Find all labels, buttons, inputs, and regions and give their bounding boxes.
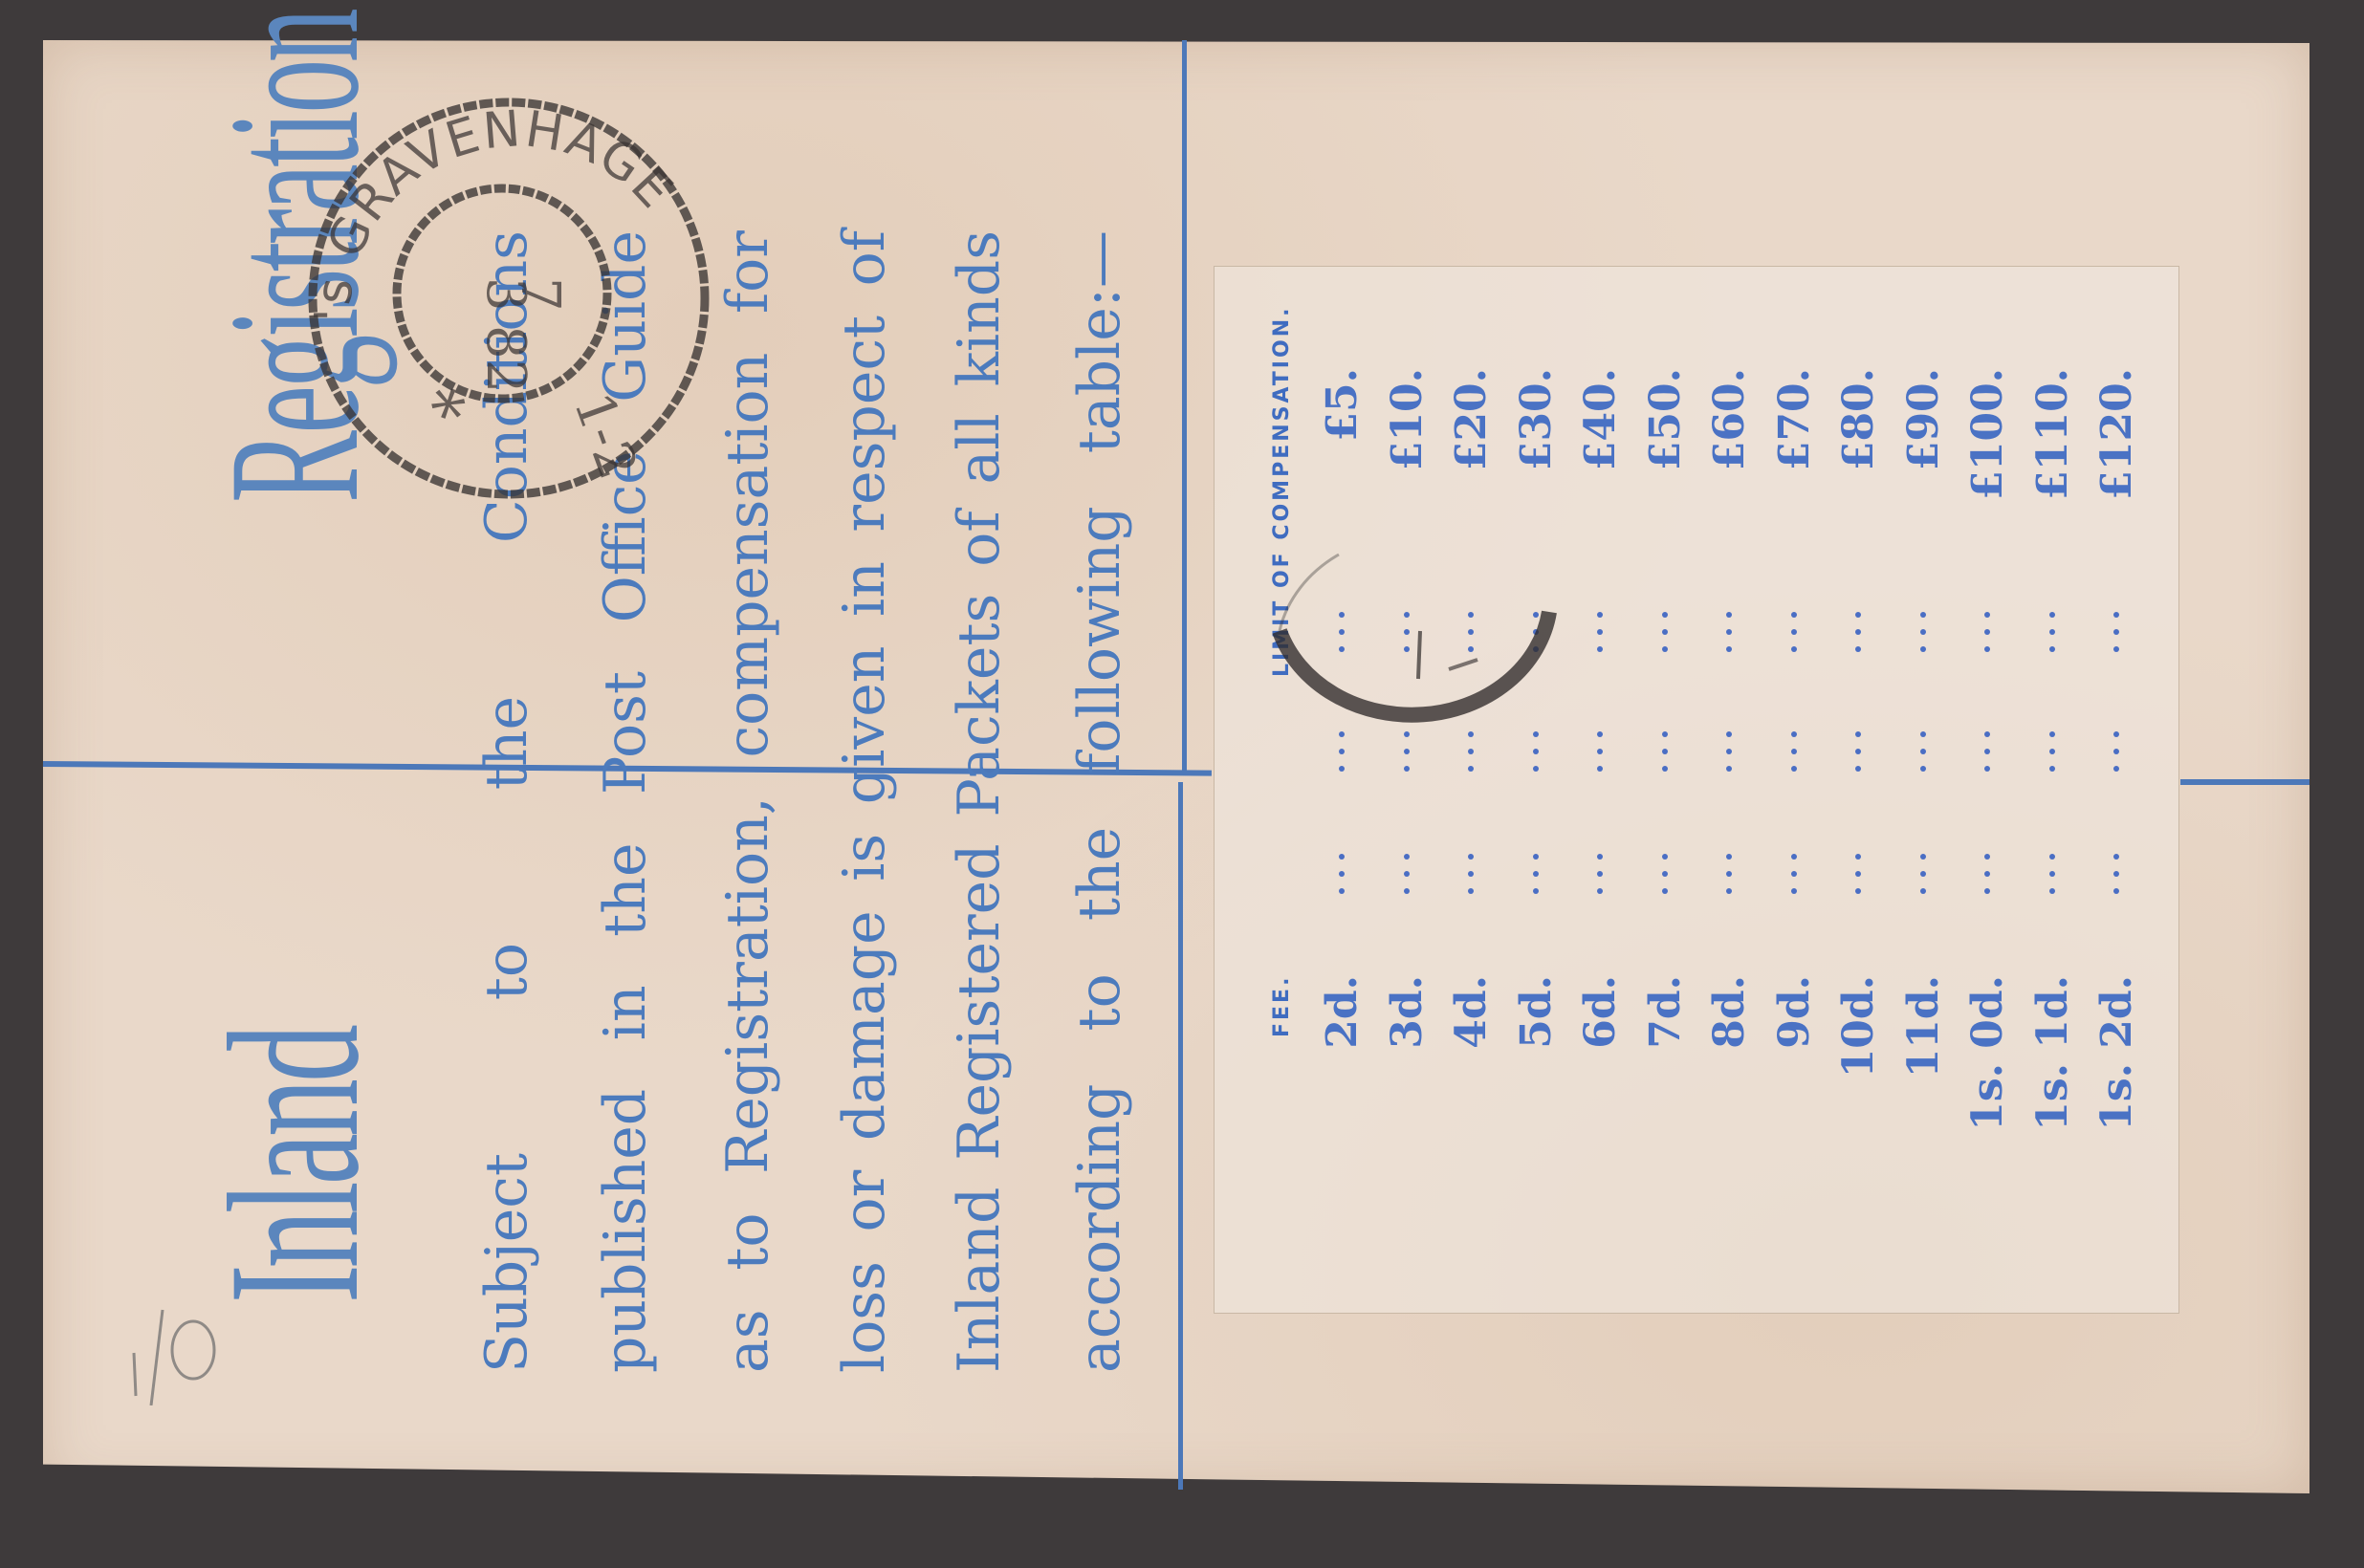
leader-dots bbox=[1468, 854, 1474, 905]
fee-header: FEE. bbox=[1270, 975, 1294, 1037]
leader-dots bbox=[1726, 854, 1732, 905]
registration-fee: 5d. bbox=[1510, 975, 1564, 1152]
conditions-word: the bbox=[1062, 827, 1138, 921]
conditions-word: table:— bbox=[1062, 230, 1138, 453]
conditions-word: the bbox=[587, 843, 664, 937]
registration-fee: 1s. 2d. bbox=[2090, 975, 2144, 1152]
leader-dots bbox=[2113, 854, 2119, 905]
conditions-word: in bbox=[826, 561, 903, 617]
leader-dots bbox=[1597, 854, 1603, 905]
postmark-time: 1-2 bbox=[561, 385, 649, 488]
conditions-word: respect bbox=[826, 316, 903, 533]
registration-fee: 2d. bbox=[1316, 975, 1369, 1152]
leader-dots bbox=[1662, 731, 1668, 783]
registration-fee: 7d. bbox=[1639, 975, 1693, 1152]
leader-dots bbox=[1984, 854, 1990, 905]
leader-dots bbox=[1855, 854, 1861, 905]
conditions-word: Post bbox=[587, 671, 664, 795]
leader-dots bbox=[1662, 612, 1668, 664]
conditions-word: is bbox=[826, 834, 903, 882]
conditions-word: to bbox=[469, 943, 545, 1000]
postmark-month: 7 bbox=[509, 277, 571, 312]
leader-dots bbox=[1920, 854, 1926, 905]
compensation-limit: £80. bbox=[1832, 368, 1886, 531]
registration-fee: 10d. bbox=[1832, 975, 1886, 1152]
heading-word: Inland bbox=[218, 1028, 371, 1303]
conditions-word: or bbox=[826, 1170, 903, 1232]
horizontal-divider-line-right bbox=[2180, 779, 2309, 785]
pencil-mark bbox=[124, 1300, 230, 1405]
compensation-limit: £30. bbox=[1510, 368, 1564, 531]
conditions-word: of bbox=[941, 511, 1018, 566]
compensation-limit: £90. bbox=[1897, 368, 1951, 531]
leader-dots bbox=[1920, 612, 1926, 664]
compensation-limit: £10. bbox=[1381, 368, 1434, 531]
conditions-word: loss bbox=[826, 1261, 903, 1373]
registration-fee: 4d. bbox=[1445, 975, 1499, 1152]
leader-dots bbox=[2049, 854, 2055, 905]
vertical-divider-line bbox=[1182, 40, 1187, 774]
compensation-limit: £120. bbox=[2090, 368, 2144, 531]
postmark-year: 82 bbox=[474, 325, 536, 393]
leader-dots bbox=[1662, 854, 1668, 905]
leader-dots bbox=[2049, 612, 2055, 664]
registration-fee: 1s. 1d. bbox=[2026, 975, 2080, 1152]
registration-fee: 8d. bbox=[1703, 975, 1757, 1152]
leader-dots bbox=[1791, 854, 1797, 905]
registration-fee: 1s. 0d. bbox=[1961, 975, 2015, 1152]
conditions-word: in bbox=[587, 985, 664, 1040]
postmark-gravenhage: 's GRAVENHAGE 3 7 82 1-2 * bbox=[287, 86, 746, 526]
leader-dots bbox=[1533, 854, 1539, 905]
leader-dots bbox=[1404, 854, 1410, 905]
compensation-limit: £20. bbox=[1445, 368, 1499, 531]
conditions-line: accordingtothefollowingtable:— bbox=[1062, 230, 1138, 1373]
conditions-word: published bbox=[587, 1089, 664, 1373]
leader-dots bbox=[1920, 731, 1926, 783]
conditions-word: according bbox=[1062, 1084, 1138, 1373]
leader-dots bbox=[1984, 731, 1990, 783]
conditions-word: kinds bbox=[941, 230, 1018, 386]
leader-dots bbox=[1597, 612, 1603, 664]
conditions-word: all bbox=[941, 413, 1018, 484]
conditions-word: Subject bbox=[469, 1153, 545, 1373]
postmark-symbol: * bbox=[415, 372, 473, 457]
leader-dots bbox=[1339, 854, 1345, 905]
compensation-limit: £100. bbox=[1961, 368, 2015, 531]
conditions-word: Registered bbox=[941, 843, 1018, 1160]
conditions-word: Packets bbox=[941, 594, 1018, 817]
leader-dots bbox=[1855, 731, 1861, 783]
registration-fee: 3d. bbox=[1381, 975, 1434, 1152]
compensation-limit: £50. bbox=[1639, 368, 1693, 531]
conditions-line: InlandRegisteredPacketsofallkinds bbox=[941, 230, 1018, 1373]
conditions-word: Inland bbox=[941, 1187, 1018, 1373]
leader-dots bbox=[1791, 612, 1797, 664]
compensation-limit: £70. bbox=[1768, 368, 1822, 531]
leader-dots bbox=[1726, 612, 1732, 664]
leader-dots bbox=[2049, 731, 2055, 783]
compensation-limit: £5. bbox=[1316, 368, 1369, 531]
compensation-limit: £40. bbox=[1574, 368, 1628, 531]
compensation-limit: £110. bbox=[2026, 368, 2080, 531]
conditions-word: to bbox=[710, 1213, 786, 1271]
conditions-word: the bbox=[469, 696, 545, 790]
conditions-word: following bbox=[1062, 506, 1138, 773]
leader-dots bbox=[1791, 731, 1797, 783]
conditions-word: as bbox=[710, 1309, 786, 1373]
registration-fee: 11d. bbox=[1897, 975, 1951, 1152]
vertical-divider-line-lower bbox=[1178, 782, 1183, 1490]
registration-fee: 9d. bbox=[1768, 975, 1822, 1152]
leader-dots bbox=[1726, 731, 1732, 783]
registration-fee: 6d. bbox=[1574, 975, 1628, 1152]
leader-dots bbox=[1984, 612, 1990, 664]
leader-dots bbox=[2113, 612, 2119, 664]
partial-postmark bbox=[1262, 535, 1568, 746]
conditions-word: damage bbox=[826, 910, 903, 1141]
compensation-limit: £60. bbox=[1703, 368, 1757, 531]
conditions-word: given bbox=[826, 646, 903, 805]
conditions-word: to bbox=[1062, 973, 1138, 1031]
leader-dots bbox=[2113, 731, 2119, 783]
conditions-word: of bbox=[826, 230, 903, 286]
conditions-line: lossordamageisgiveninrespectof bbox=[826, 230, 903, 1373]
conditions-word: Registration, bbox=[710, 796, 786, 1174]
leader-dots bbox=[1597, 731, 1603, 783]
leader-dots bbox=[1855, 612, 1861, 664]
